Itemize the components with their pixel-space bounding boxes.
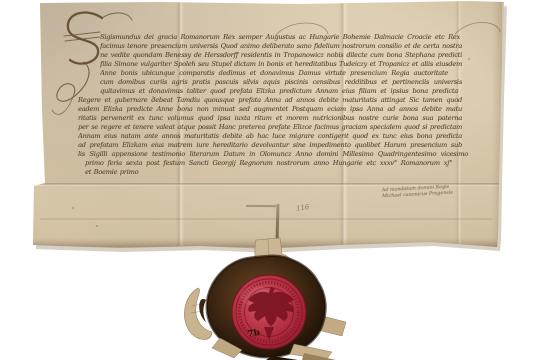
- manuscript-line: lis Sigilli appensione testimonio litera…: [78, 150, 468, 159]
- manuscript-line: ne vedite quondam Benessy de Herssdorff …: [100, 51, 462, 60]
- manuscript-line: filia Simone vulgariter Spoleh seu Stupe…: [100, 60, 462, 69]
- manuscript-line: ad prefatam Elizkam eius matrem iure her…: [78, 141, 462, 150]
- manuscript-line: facimus tenore presencium universis Quod…: [100, 42, 462, 51]
- charter-photo: Sigismundus dei gracia Romanorum Rex sem…: [0, 0, 540, 360]
- manuscript-line: ritatis pervenerit ex tunc volumus quod …: [78, 114, 462, 123]
- manuscript-line: Sigismundus dei gracia Romanorum Rex sem…: [100, 33, 460, 42]
- manuscript-line: Regere et gubernare debeat Tamdiu quousq…: [78, 96, 462, 105]
- manuscript-line: quitavimus et donavimus taliter quod pre…: [100, 87, 458, 96]
- manuscript-line: eadem Elizka predicte Anne bona non minu…: [78, 105, 462, 114]
- wax-seal: 7b: [232, 275, 306, 349]
- tag-slit: [246, 205, 276, 207]
- manuscript-line: et Boemie primo: [85, 168, 225, 177]
- manuscript-line: Anne bonis ubicunque comparatis dedimus …: [100, 69, 448, 78]
- manuscript-line: primo feria sexta post festum Sancti Geo…: [85, 159, 452, 168]
- pendent-seal: 7b: [176, 230, 368, 360]
- manuscript-line: Annam eius natam ante annos maturitatis …: [78, 132, 462, 141]
- manuscript-line: per se regere et tenere valeat atque pos…: [78, 123, 462, 132]
- manuscript-line: cum domibus curiis agris pratis pascuis …: [100, 78, 462, 87]
